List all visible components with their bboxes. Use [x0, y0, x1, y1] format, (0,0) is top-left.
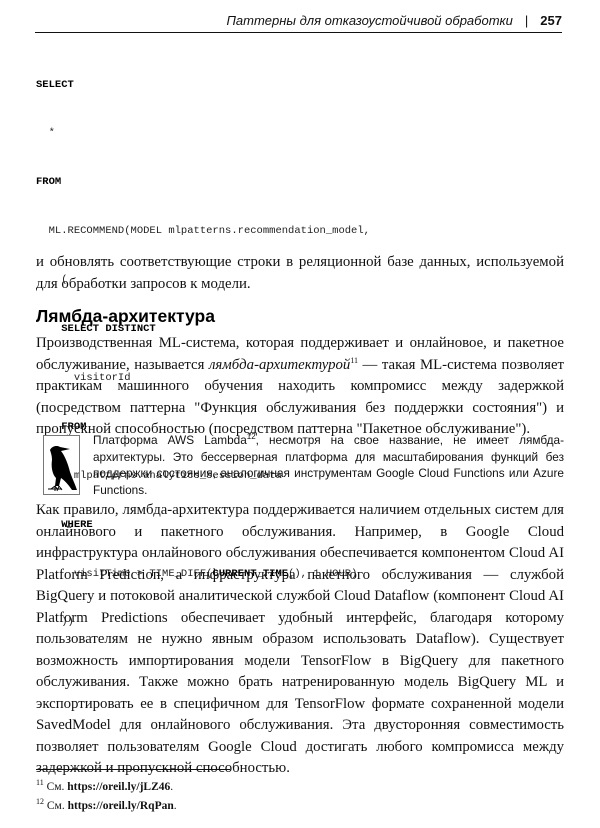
footnote-divider — [36, 769, 230, 770]
paragraph-lambda-definition: Производственная ML-система, которая под… — [36, 333, 564, 441]
raven-icon — [43, 435, 80, 495]
page-number: 257 — [540, 13, 562, 28]
running-header: Паттерны для отказоустойчивой обработки|… — [35, 12, 562, 33]
code-line: ML.RECOMMEND(MODEL mlpatterns.recommenda… — [36, 223, 576, 239]
footnote-11: 11 См. https://oreil.ly/jLZ46. — [36, 778, 177, 797]
paragraph-google-cloud: Как правило, лямбда-архитектура поддержи… — [36, 500, 564, 780]
header-separator: | — [525, 12, 528, 30]
book-page: Паттерны для отказоустойчивой обработки|… — [0, 0, 600, 828]
footnote-ref-12: 12 — [247, 432, 256, 441]
chapter-title: Паттерны для отказоустойчивой обработки — [226, 13, 512, 28]
note-text: Платформа AWS Lambda12, несмотря на свое… — [93, 432, 564, 499]
paragraph-continuation: и обновлять соответствующие строки в рел… — [36, 252, 564, 295]
footnote-link[interactable]: https://oreil.ly/jLZ46 — [67, 781, 170, 793]
code-line: SELECT — [36, 77, 576, 93]
footnote-ref-11: 11 — [350, 356, 358, 365]
term-lambda-architecture: лямбда-архитектурой — [209, 357, 350, 373]
footnote-12: 12 См. https://oreil.ly/RqPan. — [36, 797, 177, 816]
code-line: * — [36, 125, 576, 141]
footnote-link[interactable]: https://oreil.ly/RqPan — [68, 800, 174, 812]
section-heading: Лямбда-архитектура — [36, 306, 215, 327]
code-line: FROM — [36, 174, 576, 190]
footnotes: 11 См. https://oreil.ly/jLZ46. 12 См. ht… — [36, 778, 177, 816]
